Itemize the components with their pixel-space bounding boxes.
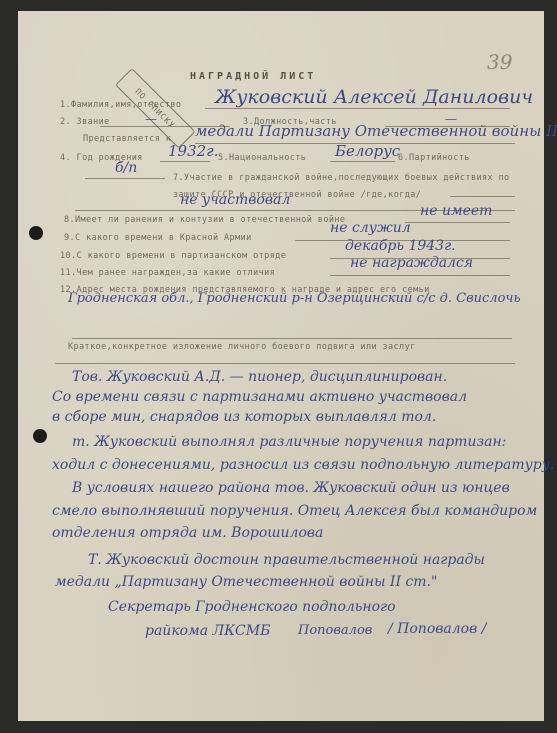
field-label-nominated-for: Представляется к xyxy=(83,134,171,144)
field-label-prior-awards: 11.Чем ранее награжден,за какие отличия xyxy=(60,268,275,278)
narrative-line: медали „Партизану Отечественной войны II… xyxy=(55,574,437,590)
rule xyxy=(160,161,210,162)
narrative-line: ходил с донесениями, разносил из связи п… xyxy=(52,457,554,473)
sheet-number: 39 xyxy=(487,50,512,74)
signature-scrawl: Поповалов xyxy=(298,623,372,638)
field-value-rank: — xyxy=(145,112,157,126)
field-label-red-army: 9.С какого времени в Красной Армии xyxy=(64,233,252,243)
field-value-nominated-for: медали Партизану Отечественной войны II … xyxy=(195,122,557,140)
field-value-party: б/п xyxy=(115,160,137,176)
punch-hole-top xyxy=(29,226,43,240)
document-title: НАГРАДНОЙ ЛИСТ xyxy=(190,71,316,82)
field-label-name: 1.Фамилия,имя,отчество xyxy=(60,100,181,110)
narrative-line: Т. Жуковский достоин правительственной н… xyxy=(88,552,485,568)
rule xyxy=(405,222,510,223)
narrative-line: Со времени связи с партизанами активно у… xyxy=(52,389,467,405)
field-value-red-army: не служил xyxy=(330,220,411,236)
rule xyxy=(450,196,515,197)
field-value-prior-awards: не награждался xyxy=(350,255,473,271)
field-value-partisan-since: декабрь 1943г. xyxy=(345,238,456,254)
rule xyxy=(330,275,510,276)
rule xyxy=(55,363,515,364)
section-heading: Краткое,конкретное изложение личного бое… xyxy=(68,342,416,352)
narrative-line: Тов. Жуковский А.Д. — пионер, дисциплини… xyxy=(72,369,447,385)
field-value-name: Жуковский Алексей Данилович xyxy=(215,86,533,108)
narrative-line: смело выполнявший поручения. Отец Алексе… xyxy=(52,503,537,519)
field-label-wounds: 8.Имеет ли ранения и контузии в отечеств… xyxy=(64,215,345,225)
rule xyxy=(85,178,165,179)
field-label-nationality: 5.Национальность xyxy=(218,153,306,163)
narrative-line: т. Жуковский выполнял различные поручени… xyxy=(72,434,506,450)
field-value-nationality: Белорус xyxy=(335,142,400,160)
signature-title-line1: Секретарь Гродненского подпольного xyxy=(108,599,396,615)
narrative-line: в сборе мин, снарядов из которых выплавл… xyxy=(52,409,436,425)
rule xyxy=(72,338,512,339)
field-label-party: 6.Партийность xyxy=(398,153,470,163)
signature-name: / Поповалов / xyxy=(388,621,486,637)
narrative-line: В условиях нашего района тов. Жуковский … xyxy=(72,480,510,496)
rule xyxy=(330,161,395,162)
field-value-birth-year: 1932г. xyxy=(168,142,219,160)
field-value-address: Гродненская обл., Гродненский р-н Озерщи… xyxy=(68,291,521,306)
field-value-war-participation: не участвовал xyxy=(180,192,290,208)
punch-hole-bottom xyxy=(33,429,47,443)
narrative-line: отделения отряда им. Ворошилова xyxy=(52,525,323,541)
field-label-partisan-since: 10.С какого времени в партизанском отряд… xyxy=(60,251,286,261)
signature-title-line2: райкома ЛКСМБ xyxy=(145,623,270,639)
rule xyxy=(205,108,510,109)
field-value-wounds: не имеет xyxy=(420,203,492,219)
